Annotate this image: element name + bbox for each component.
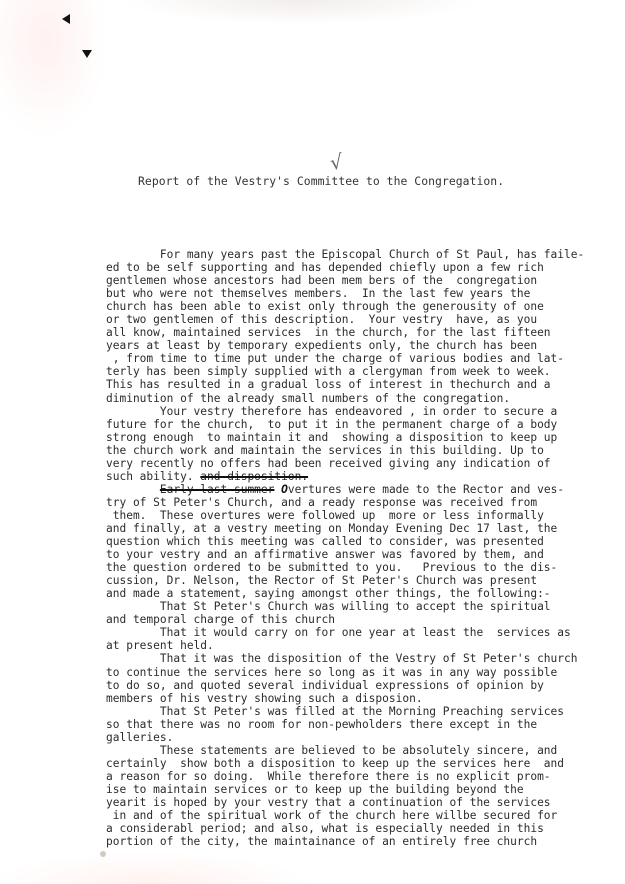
body-line: yearit is hoped by your vestry that a co… bbox=[106, 796, 576, 809]
body-line: in and of the spiritual work of the chur… bbox=[106, 809, 576, 822]
body-line: all know, maintained services in the chu… bbox=[106, 326, 576, 339]
document-body: For many years past the Episcopal Church… bbox=[106, 248, 576, 848]
body-line-ability: such ability. and disposition. bbox=[106, 470, 576, 483]
handwritten-correction: O bbox=[281, 483, 288, 496]
body-line: For many years past the Episcopal Church… bbox=[106, 248, 576, 261]
body-line: to do so, and quoted several individual … bbox=[106, 679, 576, 692]
body-line: at present held. bbox=[106, 639, 576, 652]
body-line: cussion, Dr. Nelson, the Rector of St Pe… bbox=[106, 574, 576, 587]
struck-text: and disposition. bbox=[200, 470, 308, 483]
body-line: That St Peter's Church was willing to ac… bbox=[106, 600, 576, 613]
body-line: and made a statement, saying amongst oth… bbox=[106, 587, 576, 600]
body-line: That it was the disposition of the Vestr… bbox=[106, 652, 576, 665]
checkmark-icon: √ bbox=[328, 149, 344, 175]
ability-text: such ability. bbox=[106, 470, 200, 483]
body-line: strong enough to maintain it and showing… bbox=[106, 431, 576, 444]
body-line: This has resulted in a gradual loss of i… bbox=[106, 378, 576, 391]
body-line: and temporal charge of this church bbox=[106, 613, 576, 626]
body-line: a reason for so doing. While therefore t… bbox=[106, 770, 576, 783]
struck-text: Early last summer bbox=[160, 483, 275, 496]
triangle-down-icon bbox=[82, 50, 92, 58]
body-line: and finally, at a vestry meeting on Mond… bbox=[106, 522, 576, 535]
body-line-overtures: Early last summer Overtures were made to… bbox=[106, 483, 576, 496]
body-line: diminution of the already small numbers … bbox=[106, 392, 576, 405]
body-line: galleries. bbox=[106, 731, 576, 744]
body-line: certainly show both a disposition to kee… bbox=[106, 757, 576, 770]
body-line: portion of the city, the maintainance of… bbox=[106, 835, 576, 848]
body-line: the question ordered to be submitted to … bbox=[106, 561, 576, 574]
triangle-left-icon bbox=[62, 14, 70, 24]
body-line: to your vestry and an affirmative answer… bbox=[106, 548, 576, 561]
document-title: Report of the Vestry's Committee to the … bbox=[138, 174, 504, 188]
body-line: gentlemen whose ancestors had been mem b… bbox=[106, 274, 576, 287]
indent bbox=[106, 483, 160, 496]
body-line: years at least by temporary expedients o… bbox=[106, 339, 576, 352]
body-line: members of his vestry showing such a dis… bbox=[106, 692, 576, 705]
body-line: to continue the services here so long as… bbox=[106, 666, 576, 679]
body-line: That St Peter's was filled at the Mornin… bbox=[106, 705, 576, 718]
body-line: a considerabl period; and also, what is … bbox=[106, 822, 576, 835]
overtures-text: vertures were made to the Rector and ves… bbox=[288, 483, 564, 496]
body-line: That it would carry on for one year at l… bbox=[106, 626, 576, 639]
body-line: so that there was no room for non-pewhol… bbox=[106, 718, 576, 731]
body-line: church has been able to exist only throu… bbox=[106, 300, 576, 313]
body-line: question which this meeting was called t… bbox=[106, 535, 576, 548]
body-line: These statements are believed to be abso… bbox=[106, 744, 576, 757]
body-line: , from time to time put under the charge… bbox=[106, 352, 576, 365]
body-line: very recently no offers had been receive… bbox=[106, 457, 576, 470]
body-line: ed to be self supporting and has depende… bbox=[106, 261, 576, 274]
ink-smudge bbox=[100, 851, 106, 857]
body-line: future for the church, to put it in the … bbox=[106, 418, 576, 431]
body-line: but who were not themselves members. In … bbox=[106, 287, 576, 300]
body-line: ise to maintain services or to keep up t… bbox=[106, 783, 576, 796]
body-line: terly has been simply supplied with a cl… bbox=[106, 365, 576, 378]
body-line: try of St Peter's Church, and a ready re… bbox=[106, 496, 576, 509]
body-line: the church work and maintain the service… bbox=[106, 444, 576, 457]
body-line: Your vestry therefore has endeavored , i… bbox=[106, 405, 576, 418]
body-line: them. These overtures were followed up m… bbox=[106, 509, 576, 522]
document-page: √ Report of the Vestry's Committee to th… bbox=[0, 0, 625, 884]
body-line: or two gentlemen of this description. Yo… bbox=[106, 313, 576, 326]
